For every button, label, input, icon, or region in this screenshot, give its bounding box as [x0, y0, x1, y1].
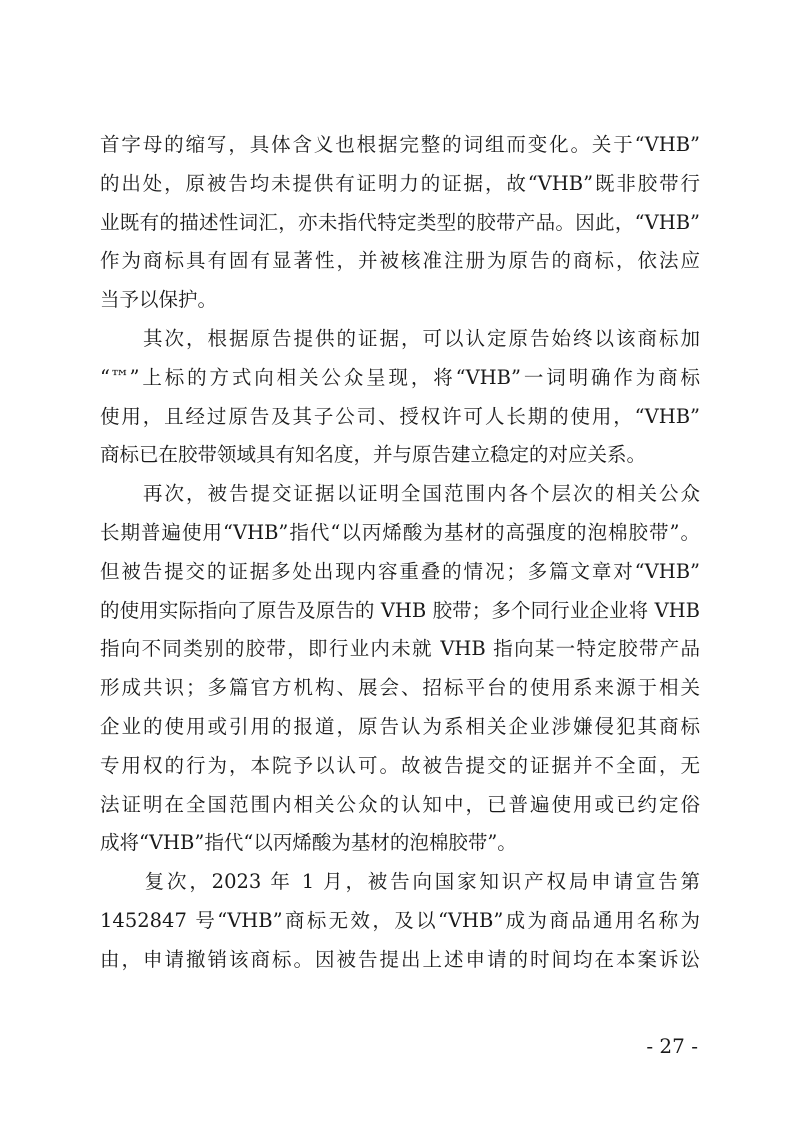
text-line: 商标已在胶带领域具有知名度，并与原告建立稳定的对应关系。	[100, 436, 700, 475]
document-page: 首字母的缩写，具体含义也根据完整的词组而变化。关于“VHB” 的出处，原被告均未…	[0, 0, 794, 1123]
text-line: “™”上标的方式向相关公众呈现，将“VHB”一词明确作为商标	[100, 359, 700, 398]
text-line: 的使用实际指向了原告及原告的 VHB 胶带；多个同行业企业将 VHB	[100, 592, 700, 631]
text-line: 再次，被告提交证据以证明全国范围内各个层次的相关公众	[100, 475, 700, 514]
text-line: 1452847 号“VHB”商标无效，及以“VHB”成为商品通用名称为	[100, 902, 700, 941]
body-text: 首字母的缩写，具体含义也根据完整的词组而变化。关于“VHB” 的出处，原被告均未…	[100, 126, 700, 980]
text-line: 但被告提交的证据多处出现内容重叠的情况；多篇文章对“VHB”	[100, 553, 700, 592]
text-line: 由，申请撤销该商标。因被告提出上述申请的时间均在本案诉讼	[100, 941, 700, 980]
text-line: 使用，且经过原告及其子公司、授权许可人长期的使用，“VHB”	[100, 398, 700, 437]
text-line: 当予以保护。	[100, 281, 700, 320]
text-line: 作为商标具有固有显著性，并被核准注册为原告的商标，依法应	[100, 242, 700, 281]
text-line: 首字母的缩写，具体含义也根据完整的词组而变化。关于“VHB”	[100, 126, 700, 165]
text-line: 的出处，原被告均未提供有证明力的证据，故“VHB”既非胶带行	[100, 165, 700, 204]
text-line: 长期普遍使用“VHB”指代“以丙烯酸为基材的高强度的泡棉胶带”。	[100, 514, 700, 553]
text-line: 其次，根据原告提供的证据，可以认定原告始终以该商标加	[100, 320, 700, 359]
text-line: 专用权的行为，本院予以认可。故被告提交的证据并不全面，无	[100, 747, 700, 786]
text-line: 成将“VHB”指代“以丙烯酸为基材的泡棉胶带”。	[100, 824, 700, 863]
text-line: 形成共识；多篇官方机构、展会、招标平台的使用系来源于相关	[100, 669, 700, 708]
text-line: 指向不同类别的胶带，即行业内未就 VHB 指向某一特定胶带产品	[100, 630, 700, 669]
text-line: 业既有的描述性词汇，亦未指代特定类型的胶带产品。因此，“VHB”	[100, 204, 700, 243]
text-line: 法证明在全国范围内相关公众的认知中，已普遍使用或已约定俗	[100, 786, 700, 825]
text-line: 复次，2023 年 1 月，被告向国家知识产权局申请宣告第	[100, 863, 700, 902]
text-line: 企业的使用或引用的报道，原告认为系相关企业涉嫌侵犯其商标	[100, 708, 700, 747]
page-number: - 27 -	[646, 1034, 698, 1058]
